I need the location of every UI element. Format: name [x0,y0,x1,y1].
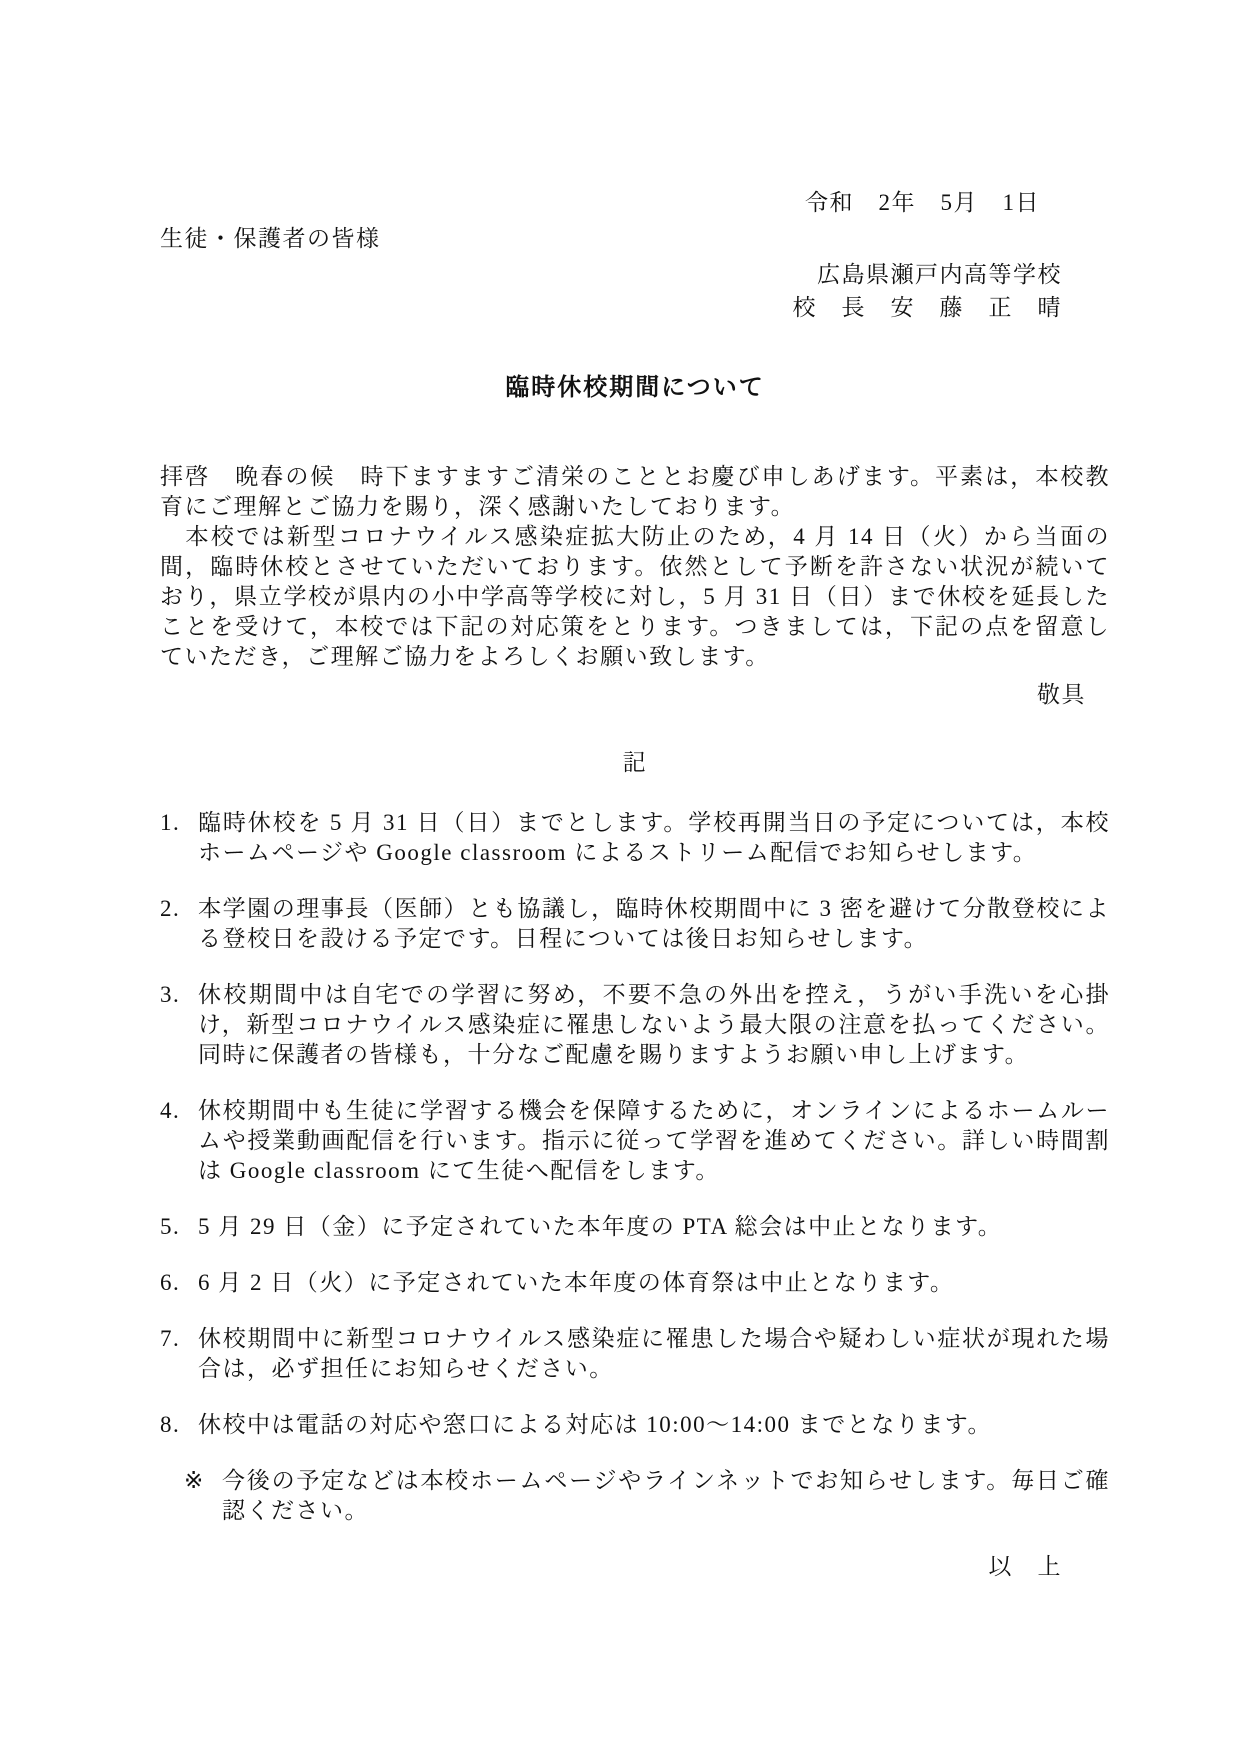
list-item-2: 2. 本学園の理事長（医師）とも協議し，臨時休校期間中に 3 密を避けて分散登校… [160,894,1110,954]
list-item-1: 1. 臨時休校を 5 月 31 日（日）までとします。学校再開当日の予定について… [160,808,1110,868]
list-item-7: 7. 休校期間中に新型コロナウイルス感染症に罹患した場合や疑わしい症状が現れた場… [160,1324,1110,1384]
item-number: 2. [160,894,198,954]
document-title: 臨時休校期間について [160,372,1110,404]
list-item-4: 4. 休校期間中も生徒に学習する機会を保障するために，オンラインによるホームルー… [160,1096,1110,1186]
list-item-3: 3. 休校期間中は自宅での学習に努め，不要不急の外出を控え，うがい手洗いを心掛け… [160,980,1110,1070]
item-number: 4. [160,1096,198,1186]
note-text: 今後の予定などは本校ホームページやラインネットでお知らせします。毎日ご確認くださ… [222,1466,1110,1526]
addressee: 生徒・保護者の皆様 [160,224,1110,254]
item-number: 6. [160,1268,198,1298]
note-block: ※ 今後の予定などは本校ホームページやラインネットでお知らせします。毎日ご確認く… [184,1466,1110,1526]
item-text: 5 月 29 日（金）に予定されていた本年度の PTA 総会は中止となります。 [198,1212,1110,1242]
item-number: 8. [160,1410,198,1440]
item-text: 6 月 2 日（火）に予定されていた本年度の体育祭は中止となります。 [198,1268,1110,1298]
school-name: 広島県瀬戸内高等学校 [160,258,1062,291]
principal-name: 校 長 安 藤 正 晴 [160,291,1062,324]
item-number: 7. [160,1324,198,1384]
greeting-paragraph: 拝啓 晩春の候 時下ますますご清栄のこととお慶び申しあげます。平素は，本校教育に… [160,462,1110,522]
list-item-5: 5. 5 月 29 日（金）に予定されていた本年度の PTA 総会は中止となりま… [160,1212,1110,1242]
note-marker: ※ [184,1466,222,1526]
item-text: 休校中は電話の対応や窓口による対応は 10:00～14:00 までとなります。 [198,1410,1110,1440]
item-text: 臨時休校を 5 月 31 日（日）までとします。学校再開当日の予定については，本… [198,808,1110,868]
item-text: 本学園の理事長（医師）とも協議し，臨時休校期間中に 3 密を避けて分散登校による… [198,894,1110,954]
sender-block: 広島県瀬戸内高等学校 校 長 安 藤 正 晴 [160,258,1110,324]
document-page: 令和 2年 5月 1日 生徒・保護者の皆様 広島県瀬戸内高等学校 校 長 安 藤… [0,0,1239,1754]
item-text: 休校期間中も生徒に学習する機会を保障するために，オンラインによるホームルームや授… [198,1096,1110,1186]
record-marker: 記 [160,748,1110,778]
list-item-8: 8. 休校中は電話の対応や窓口による対応は 10:00～14:00 までとなりま… [160,1410,1110,1440]
main-paragraph: 本校では新型コロナウイルス感染症拡大防止のため，4 月 14 日（火）から当面の… [160,522,1110,672]
list-item-6: 6. 6 月 2 日（火）に予定されていた本年度の体育祭は中止となります。 [160,1268,1110,1298]
item-text: 休校期間中は自宅での学習に努め，不要不急の外出を控え，うがい手洗いを心掛け，新型… [198,980,1110,1070]
closing-word: 敬具 [160,680,1110,710]
date-line: 令和 2年 5月 1日 [160,188,1110,218]
item-number: 1. [160,808,198,868]
item-number: 3. [160,980,198,1070]
end-marker: 以 上 [160,1552,1110,1582]
item-list: 1. 臨時休校を 5 月 31 日（日）までとします。学校再開当日の予定について… [160,808,1110,1440]
item-number: 5. [160,1212,198,1242]
item-text: 休校期間中に新型コロナウイルス感染症に罹患した場合や疑わしい症状が現れた場合は，… [198,1324,1110,1384]
